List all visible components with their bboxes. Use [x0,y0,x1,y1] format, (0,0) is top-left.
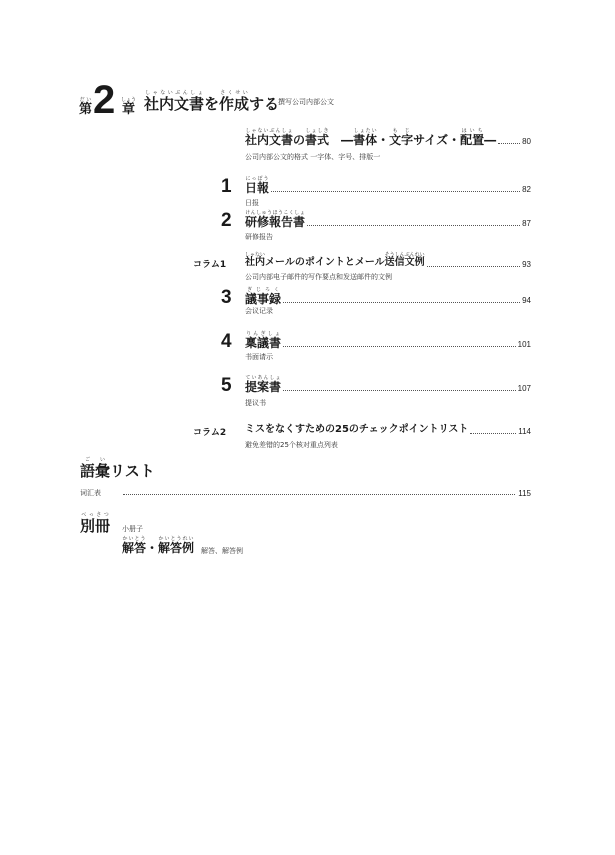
leader-dots [498,143,520,144]
entry-subtitle: 公司内部电子邮件的写作要点和发送邮件的文例 [245,272,392,282]
chapter-subtitle: 撰写公司内部公文 [278,97,334,107]
leader-dots [283,302,520,303]
entry-subtitle: 书面请示 [245,352,273,362]
chapter-title: 社内文書しゃないぶんしょを作成さくせいする [144,90,279,115]
page-number: 93 [522,258,531,272]
entry-number: 2 [221,210,232,232]
leader-dots [271,191,520,192]
bessatsu-title: 別冊べっさつ [80,512,110,537]
page-number: 94 [522,294,531,308]
page-number: 80 [522,135,531,149]
chapter-suffix: 章しょう [121,97,136,117]
entry-subtitle: 研修报告 [245,232,273,242]
page-number: 87 [522,217,531,231]
page-number: 115 [518,489,531,498]
chapter-prefix: 第だい [79,97,92,117]
entry-subtitle: 避免差错的25个核对重点列表 [245,440,338,450]
entry-title: 稟議書りんぎしょ [245,331,281,352]
entry-number: 4 [221,331,232,353]
vocab-label: 词汇表 [80,488,101,498]
entry-subtitle: 会议记录 [245,306,273,316]
leader-dots [307,225,520,226]
entry-title: 社内しゃないメールのポイントとメール送信文例そうしんぶんれい [245,252,425,272]
entry-subtitle: 公司内部公文的格式 一字体、字号、排版一 [245,152,380,162]
entry-title: ミスをなくすための25のチェックポイントリスト [245,421,468,439]
page-number: 114 [518,425,531,439]
bessatsu-label: 小册子 [122,524,143,534]
entry-subtitle: 日报 [245,198,259,208]
entry-number: 1 [221,176,232,198]
leader-dots [283,346,516,347]
column-label: コラム1 [193,257,226,270]
vocab-title: 語彙ごいリスト [80,457,155,482]
leader-dots [427,266,520,267]
chapter-number: 2 [93,78,115,122]
column-label: コラム2 [193,425,226,438]
leader-dots [470,433,516,434]
bessatsu-item-subtitle: 解答、解答例 [201,546,243,556]
entry-title: 研修報告書けんしゅうほうこくしょ [245,210,305,231]
entry-title: 社内文書しゃないぶんしょの書式しょしき ―書体しょたい・文字もじサイズ・配置はい… [245,128,496,149]
entry-subtitle: 提议书 [245,398,266,408]
entry-title: 議事録ぎじろく [245,287,281,308]
page-number: 101 [518,338,531,352]
leader-dots [123,494,515,495]
page-number: 107 [518,382,531,396]
page-number: 82 [522,183,531,197]
leader-dots [283,390,516,391]
bessatsu-item: 解答かいとう・解答例かいとうれい [122,536,194,557]
entry-title: 提案書ていあんしょ [245,375,281,396]
entry-number: 5 [221,375,232,397]
entry-number: 3 [221,287,232,309]
entry-title: 日報にっぽう [245,176,269,197]
